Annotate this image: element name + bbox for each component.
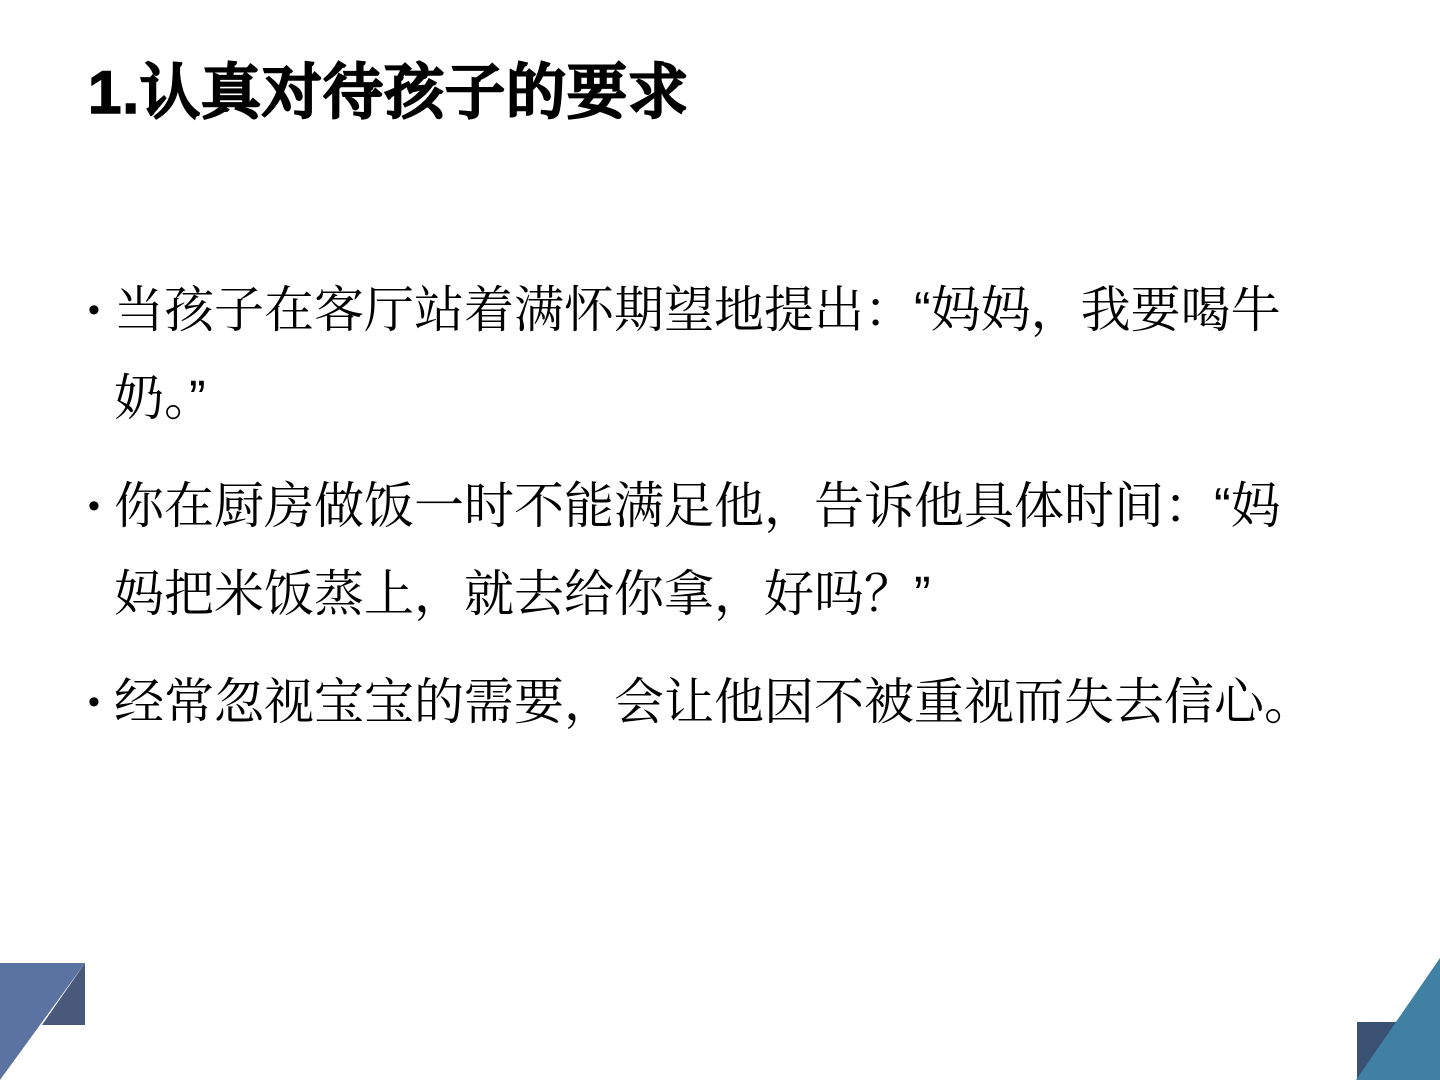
bottom-right-decoration <box>1355 958 1440 1080</box>
slide: 1.认真对待孩子的要求 • 当孩子在客厅站着满怀期望地提出：“妈妈，我要喝牛 奶… <box>0 0 1440 1080</box>
bullet-icon: • <box>88 462 114 550</box>
bullet-text-2: 你在厨房做饭一时不能满足他，告诉他具体时间：“妈 妈把米饭蒸上，就去给你拿，好吗… <box>114 478 1281 622</box>
bullet-text-1: 当孩子在客厅站着满怀期望地提出：“妈妈，我要喝牛 奶。” <box>114 282 1281 426</box>
bullet-icon: • <box>88 266 114 354</box>
bottom-left-decoration <box>0 960 90 1080</box>
bullet-item-2: • 你在厨房做饭一时不能满足他，告诉他具体时间：“妈 妈把米饭蒸上，就去给你拿，… <box>88 462 1418 638</box>
bullet-item-3: • 经常忽视宝宝的需要，会让他因不被重视而失去信心。 <box>88 658 1418 746</box>
bullet-list: • 当孩子在客厅站着满怀期望地提出：“妈妈，我要喝牛 奶。” • 你在厨房做饭一… <box>88 266 1418 766</box>
bullet-item-1: • 当孩子在客厅站着满怀期望地提出：“妈妈，我要喝牛 奶。” <box>88 266 1418 442</box>
bullet-text-3: 经常忽视宝宝的需要，会让他因不被重视而失去信心。 <box>114 674 1314 730</box>
slide-title: 1.认真对待孩子的要求 <box>88 58 689 127</box>
bullet-icon: • <box>88 658 114 746</box>
